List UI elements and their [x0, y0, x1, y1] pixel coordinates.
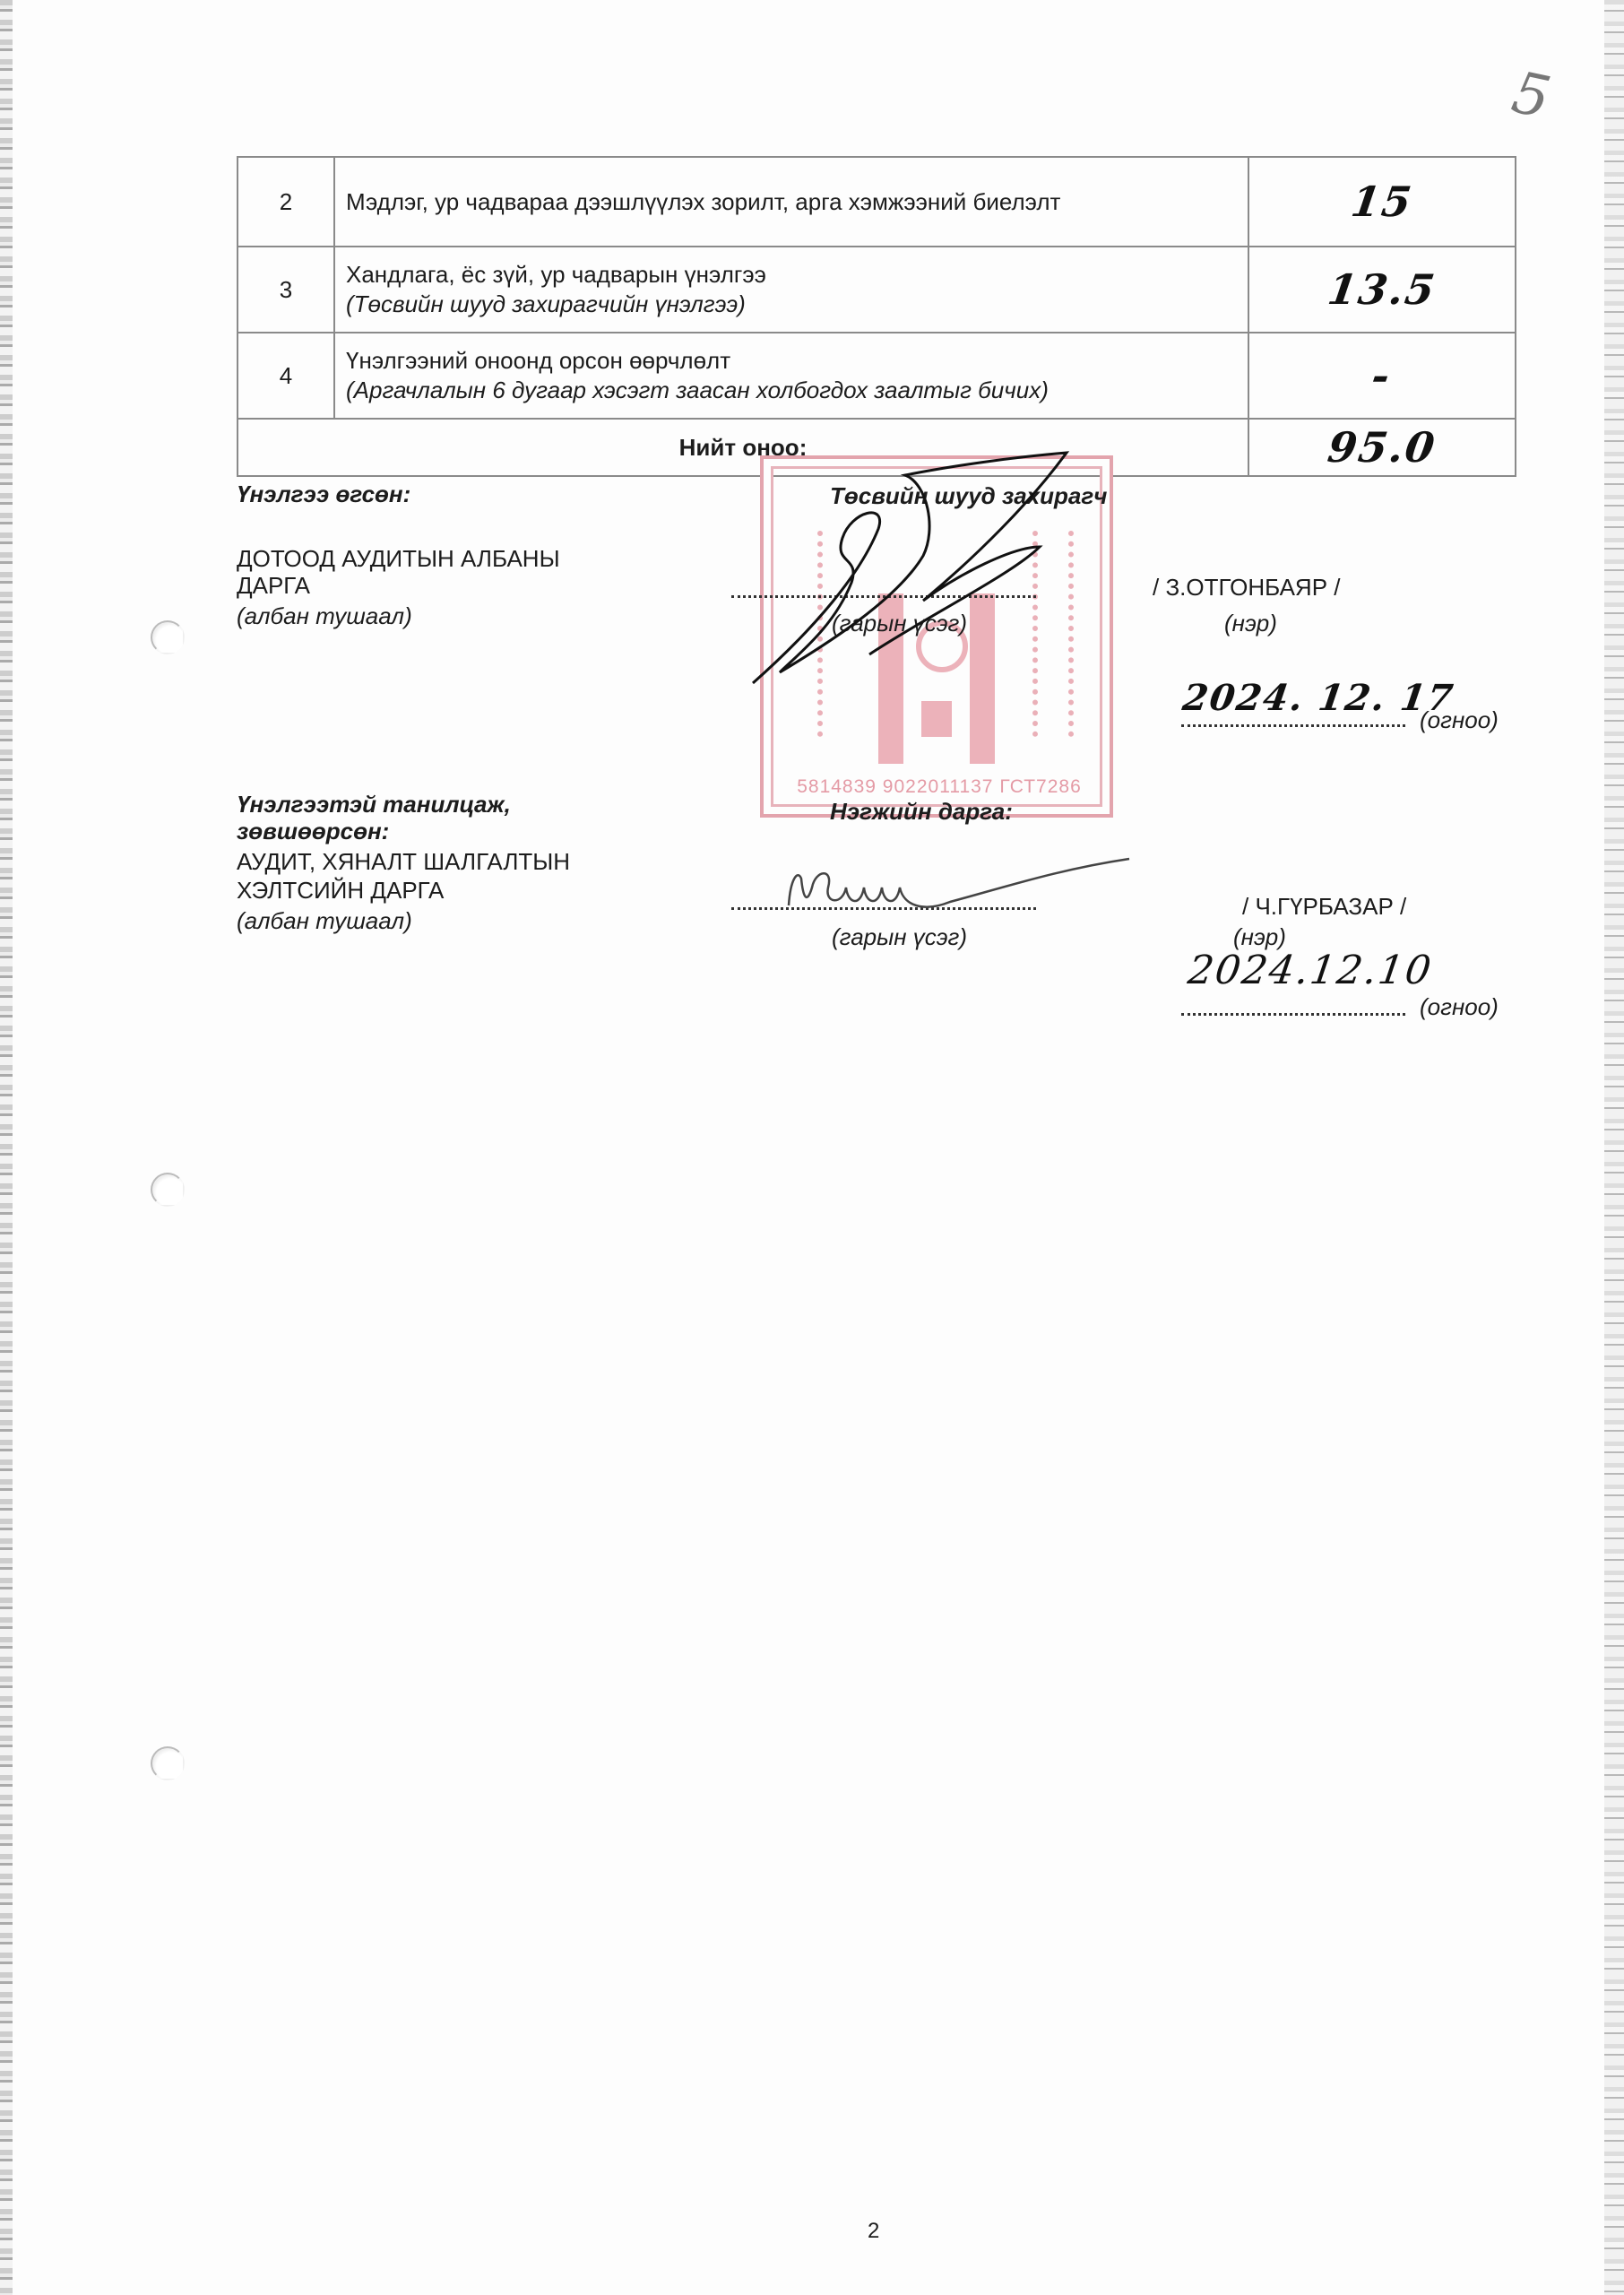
acknowledged-heading-line2: зөвшөөрсөн:: [237, 818, 389, 844]
evaluator-position-caption: (албан тушаал): [237, 602, 412, 629]
row-note: (Аргачлалын 6 дугаар хэсэгт заасан холбо…: [346, 376, 1237, 405]
table-row: 4 Үнэлгээний оноонд орсон өөрчлөлт (Арга…: [238, 333, 1516, 419]
acknowledged-date-handwritten: 2024.12.10: [1188, 957, 1432, 989]
punch-hole-icon: [151, 1746, 185, 1780]
handwritten-score: 15: [1348, 178, 1416, 226]
punch-hole-icon: [151, 620, 185, 654]
punch-hole-icon: [151, 1173, 185, 1207]
scan-edge-left: [0, 0, 13, 2295]
table-row: 3 Хандлага, ёс зүй, ур чадварын үнэлгээ …: [238, 247, 1516, 333]
acknowledged-date-caption: (огноо): [1420, 993, 1499, 1020]
row-number: 3: [238, 247, 334, 333]
row-description: Хандлага, ёс зүй, ур чадварын үнэлгээ (Т…: [334, 247, 1248, 333]
evaluator-date-handwritten: 2024. 12. 17: [1183, 685, 1454, 715]
evaluator-date-caption: (огноо): [1420, 706, 1499, 733]
row-score: 13.5: [1248, 247, 1516, 333]
row-description: Үнэлгээний оноонд орсон өөрчлөлт (Аргачл…: [334, 333, 1248, 419]
row-score: -: [1248, 333, 1516, 419]
acknowledged-name: / Ч.ГҮРБАЗАР /: [1242, 893, 1406, 920]
acknowledged-date-line: [1181, 1013, 1405, 1016]
row-note: (Төсвийн шууд захирагчийн үнэлгээ): [346, 290, 1237, 319]
evaluator-heading: Үнэлгээ өгсөн:: [237, 481, 410, 507]
acknowledged-position-line1: АУДИТ, ХЯНАЛТ ШАЛГАЛТЫН: [237, 848, 570, 875]
stamp-registry-text: 5814839 9022011137 ГСТ7286: [787, 776, 1092, 798]
handwritten-score: 13.5: [1325, 265, 1439, 314]
acknowledged-position-line2: ХЭЛТСИЙН ДАРГА: [237, 877, 444, 904]
evaluator-date-line: [1181, 724, 1405, 727]
acknowledged-position-caption: (албан тушаал): [237, 907, 412, 934]
score-table: 2 Мэдлэг, ур чадвараа дээшлүүлэх зорилт,…: [237, 156, 1516, 477]
acknowledged-heading-line1: Үнэлгээтэй танилцаж,: [237, 791, 511, 818]
evaluator-signature-icon: [744, 448, 1084, 699]
page-number: 2: [868, 2218, 879, 2245]
handwritten-score: -: [1369, 351, 1395, 400]
evaluator-position-line2: ДАРГА: [237, 572, 310, 599]
handwritten-page-marker: 5: [1507, 60, 1556, 133]
handwritten-total: 95.0: [1325, 423, 1439, 472]
row-number: 2: [238, 157, 334, 247]
row-title: Мэдлэг, ур чадвараа дээшлүүлэх зорилт, а…: [346, 187, 1237, 217]
row-description: Мэдлэг, ур чадвараа дээшлүүлэх зорилт, а…: [334, 157, 1248, 247]
row-number: 4: [238, 333, 334, 419]
evaluator-name: / З.ОТГОНБАЯР /: [1153, 574, 1341, 601]
row-title: Үнэлгээний оноонд орсон өөрчлөлт: [346, 346, 1237, 376]
evaluator-name-caption: (нэр): [1224, 610, 1277, 637]
scan-edge-right: [1604, 0, 1624, 2295]
total-score: 95.0: [1248, 419, 1516, 476]
row-score: 15: [1248, 157, 1516, 247]
table-row: 2 Мэдлэг, ур чадвараа дээшлүүлэх зорилт,…: [238, 157, 1516, 247]
acknowledged-signature-caption: (гарын үсэг): [832, 923, 967, 950]
evaluator-position-line1: ДОТООД АУДИТЫН АЛБАНЫ: [237, 545, 560, 572]
acknowledged-name-caption: (нэр): [1233, 923, 1286, 950]
row-title: Хандлага, ёс зүй, ур чадварын үнэлгээ: [346, 260, 1237, 290]
acknowledged-signature-icon: [771, 852, 1147, 923]
acknowledged-role-title: Нэгжийн дарга:: [830, 798, 1013, 825]
